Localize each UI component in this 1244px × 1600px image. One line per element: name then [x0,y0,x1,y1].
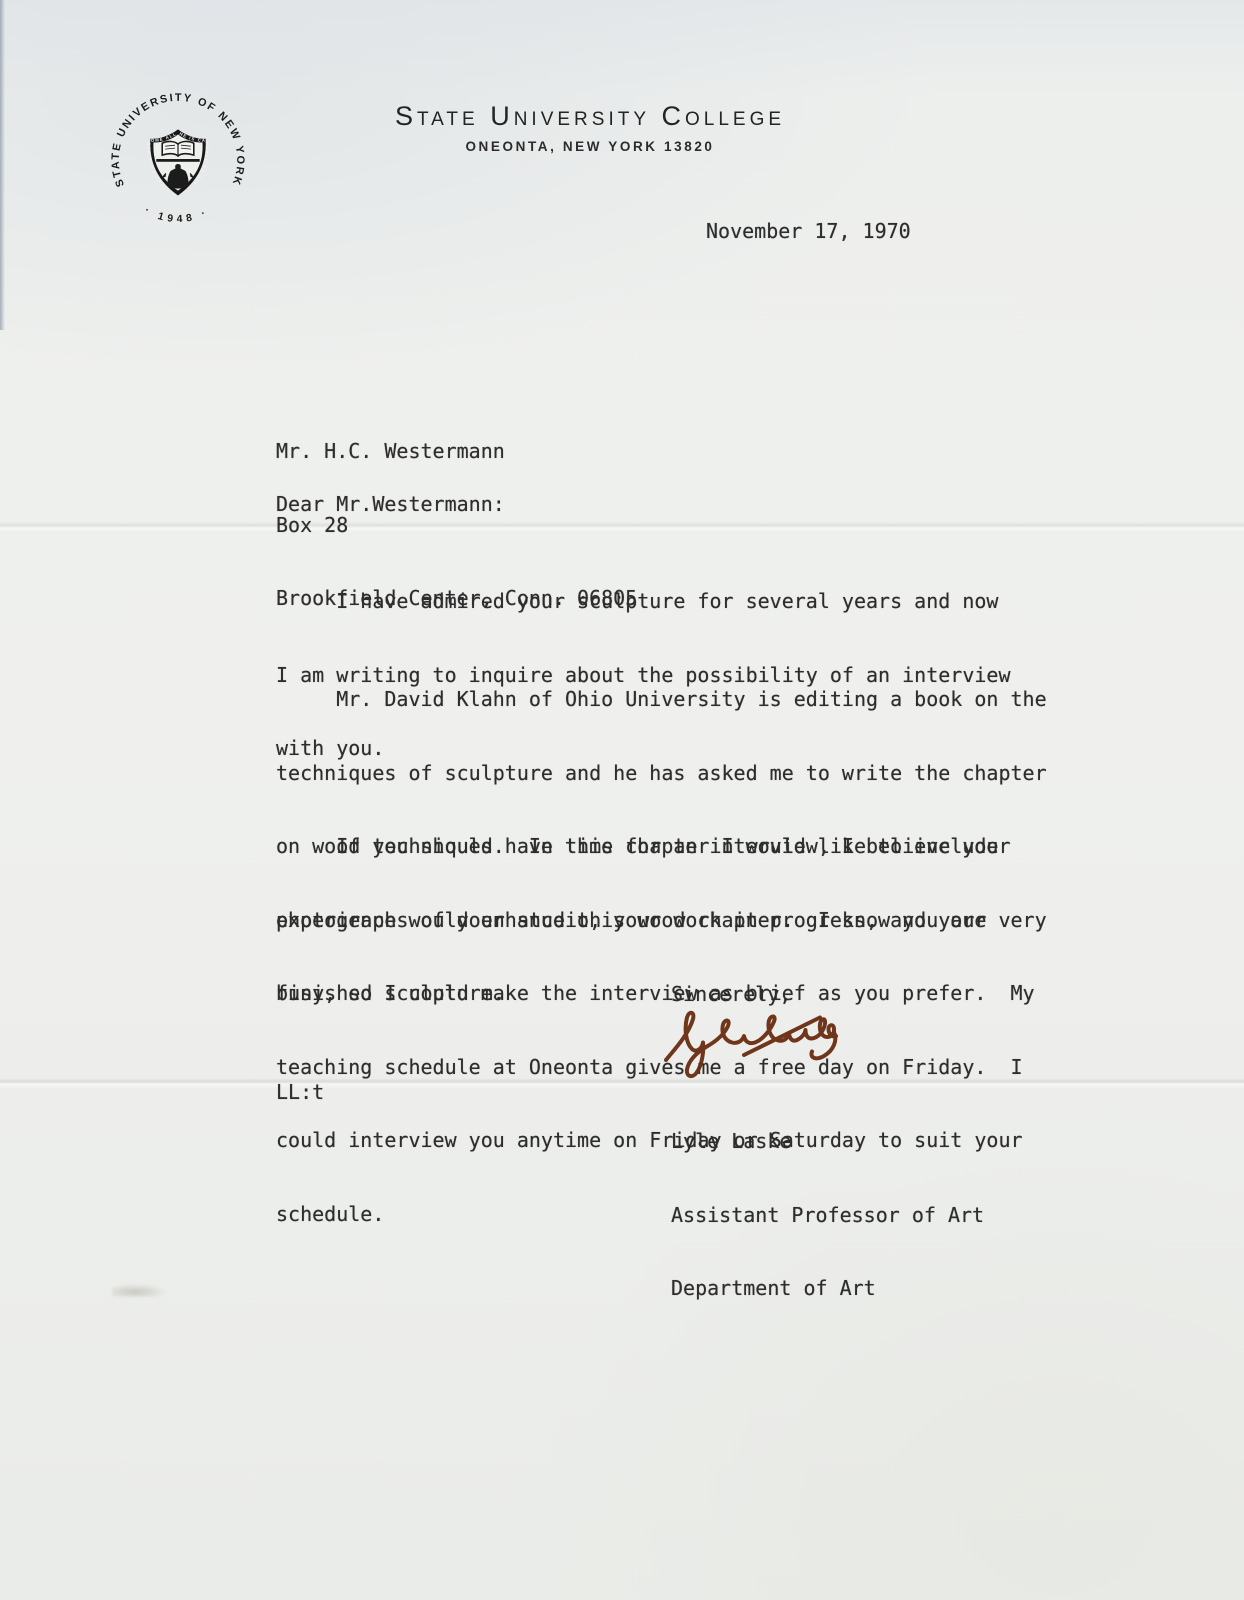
open-book-icon [162,141,194,156]
body-line: experience would enhance this wood chapt… [276,908,1047,933]
body-line: Mr. David Klahn of Ohio University is ed… [276,687,1047,712]
letter-page: STATE UNIVERSITY OF NEW YORK · 1948 · LE… [0,0,1244,1600]
signer-title: Assistant Professor of Art [671,1203,984,1228]
recipient-name: Mr. H.C. Westermann [276,439,637,464]
body-line: techniques of sculpture and he has asked… [276,761,1047,786]
typist-initials: LL:t [276,1080,324,1105]
university-seal-icon: STATE UNIVERSITY OF NEW YORK · 1948 · LE… [104,86,252,234]
body-line: If you should have time for an interview… [276,834,1047,859]
letterhead-address: ONEONTA, NEW YORK 13820 [340,139,840,154]
valediction: Sincerely, [671,982,791,1007]
letterhead-institution: State University College [340,101,840,132]
body-line: busy, so I could make the interview as b… [276,981,1047,1006]
body-line: I have admired your sculpture for severa… [276,589,1011,614]
seal-year-text: · 1948 · [142,205,207,225]
handwritten-signature [662,1006,842,1082]
date-line: November 17, 1970 [706,219,911,244]
letterhead: State University College ONEONTA, NEW YO… [340,101,840,154]
signature-block: Lyle Laske Assistant Professor of Art De… [671,1080,984,1350]
shield-bar [156,159,199,162]
scan-edge-shadow [0,0,5,330]
paper-smudge [112,1284,168,1297]
signer-department: Department of Art [671,1276,984,1301]
salutation: Dear Mr.Westermann: [276,492,505,517]
signer-name: Lyle Laske [671,1129,984,1154]
